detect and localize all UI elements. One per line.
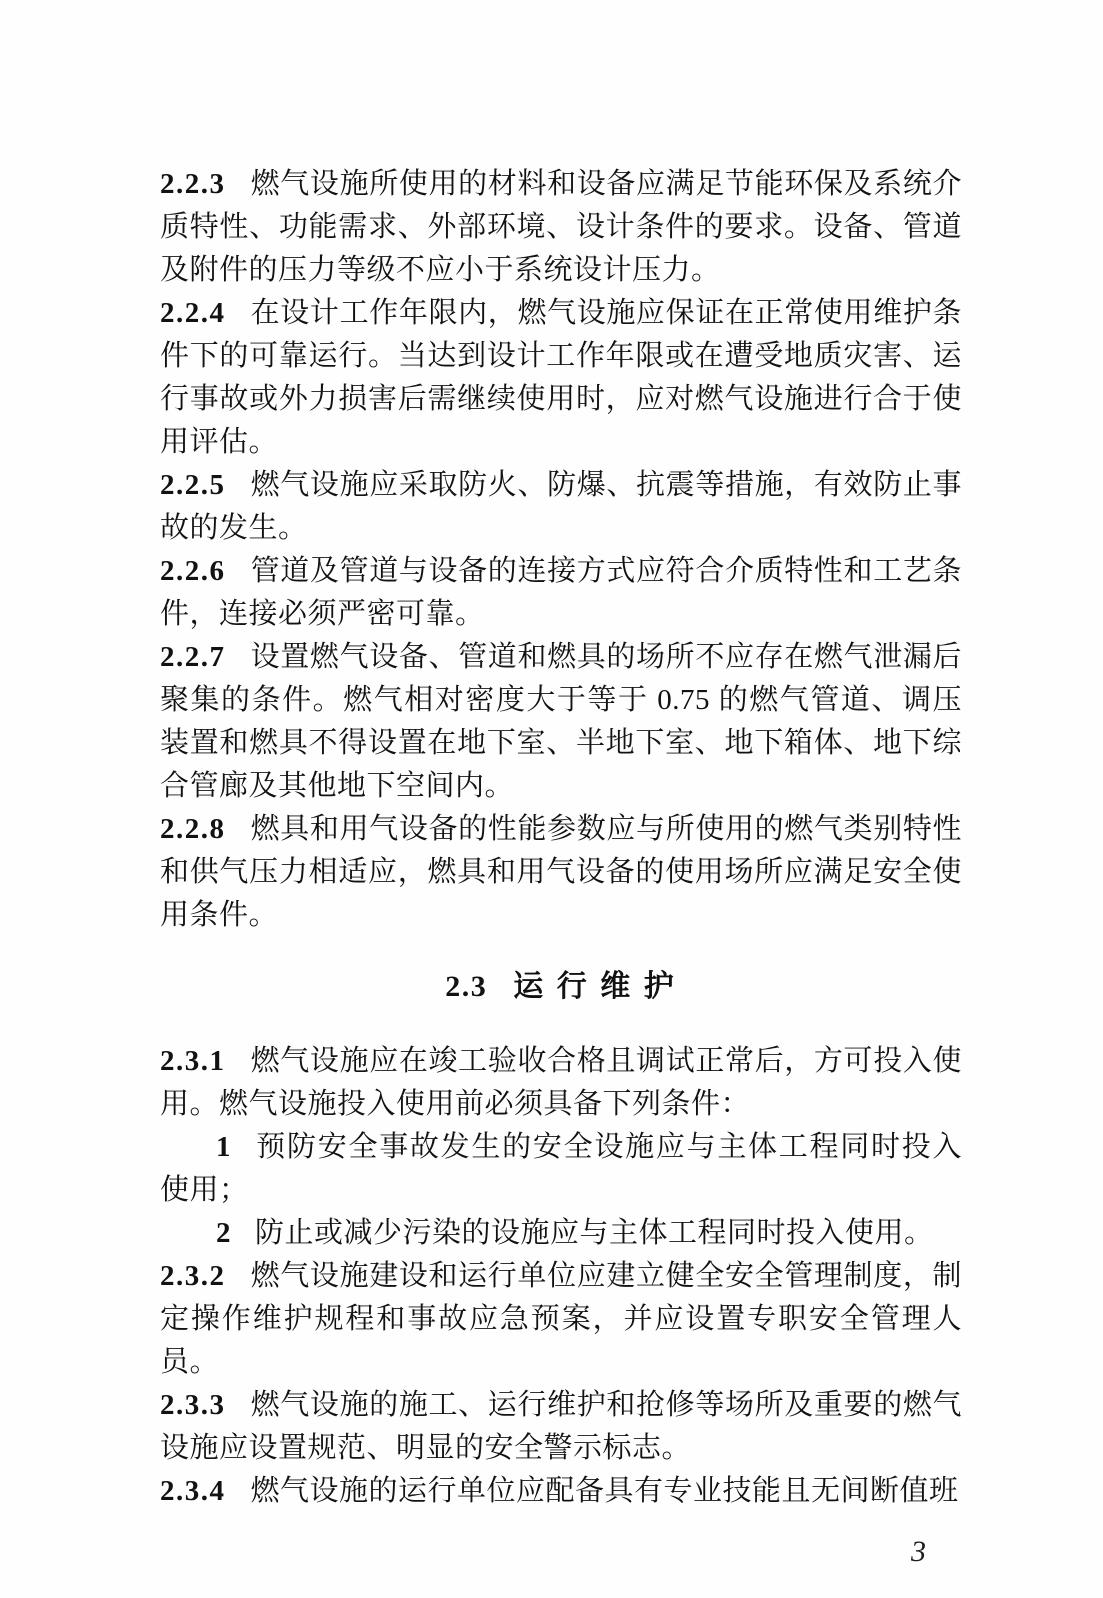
subitem-text: 防止或减少污染的设施应与主体工程同时投入使用。 [255,1217,934,1249]
clause-text: 燃具和用气设备的性能参数应与所使用的燃气类别特性和供气压力相适应，燃具和用气设备… [160,813,962,931]
section-heading-2-3: 2.3运 行 维 护 [160,965,962,1009]
subitem-number: 2 [216,1217,231,1249]
clause-2-2-6: 2.2.6管道及管道与设备的连接方式应符合介质特性和工艺条件，连接必须严密可靠。 [160,550,962,636]
clause-number: 2.2.5 [160,469,226,501]
clause-number: 2.2.4 [160,297,226,329]
clause-number: 2.3.4 [160,1475,226,1507]
clause-number: 2.3.1 [160,1045,226,1077]
page-number: 3 [160,1535,962,1569]
clause-2-2-8: 2.2.8燃具和用气设备的性能参数应与所使用的燃气类别特性和供气压力相适应，燃具… [160,808,962,937]
subitem-number: 1 [216,1131,231,1163]
clause-text: 设置燃气设备、管道和燃具的场所不应存在燃气泄漏后聚集的条件。燃气相对密度大于等于… [160,641,962,802]
clause-2-3-2: 2.3.2燃气设施建设和运行单位应建立健全安全管理制度，制定操作维护规程和事故应… [160,1255,962,1384]
clause-text: 燃气设施的运行单位应配备具有专业技能且无间断值班 [251,1475,959,1507]
clause-number: 2.2.3 [160,168,226,200]
clause-2-3-3: 2.3.3燃气设施的施工、运行维护和抢修等场所及重要的燃气设施应设置规范、明显的… [160,1384,962,1470]
clause-2-2-5: 2.2.5燃气设施应采取防火、防爆、抗震等措施，有效防止事故的发生。 [160,464,962,550]
clause-2-3-1: 2.3.1燃气设施应在竣工验收合格且调试正常后，方可投入使用。燃气设施投入使用前… [160,1040,962,1126]
clause-number: 2.3.3 [160,1389,226,1421]
clause-text: 燃气设施的施工、运行维护和抢修等场所及重要的燃气设施应设置规范、明显的安全警示标… [160,1389,962,1464]
page-content: 2.2.3燃气设施所使用的材料和设备应满足节能环保及系统介质特性、功能需求、外部… [0,0,1103,1569]
clause-text: 在设计工作年限内，燃气设施应保证在正常使用维护条件下的可靠运行。当达到设计工作年… [160,297,962,458]
clause-2-2-4: 2.2.4在设计工作年限内，燃气设施应保证在正常使用维护条件下的可靠运行。当达到… [160,292,962,464]
clause-text: 燃气设施所使用的材料和设备应满足节能环保及系统介质特性、功能需求、外部环境、设计… [160,168,962,286]
clause-text: 燃气设施应采取防火、防爆、抗震等措施，有效防止事故的发生。 [160,469,962,544]
section-heading-title: 运 行 维 护 [513,970,677,1003]
clause-2-3-4: 2.3.4燃气设施的运行单位应配备具有专业技能且无间断值班 [160,1470,962,1513]
clause-2-2-3: 2.2.3燃气设施所使用的材料和设备应满足节能环保及系统介质特性、功能需求、外部… [160,163,962,292]
clause-number: 2.2.6 [160,555,226,587]
subitem-1: 1预防安全事故发生的安全设施应与主体工程同时投入使用； [160,1126,962,1212]
clause-number: 2.2.7 [160,641,226,673]
clause-text: 管道及管道与设备的连接方式应符合介质特性和工艺条件，连接必须严密可靠。 [160,555,962,630]
subitem-text: 预防安全事故发生的安全设施应与主体工程同时投入使用； [160,1131,962,1206]
section-heading-number: 2.3 [445,970,487,1003]
document-page: 2.2.3燃气设施所使用的材料和设备应满足节能环保及系统介质特性、功能需求、外部… [0,0,1103,1598]
clause-text: 燃气设施建设和运行单位应建立健全安全管理制度，制定操作维护规程和事故应急预案，并… [160,1260,962,1378]
clause-text: 燃气设施应在竣工验收合格且调试正常后，方可投入使用。燃气设施投入使用前必须具备下… [160,1045,962,1120]
subitem-2: 2防止或减少污染的设施应与主体工程同时投入使用。 [160,1212,962,1255]
clause-number: 2.2.8 [160,813,226,845]
clause-2-2-7: 2.2.7设置燃气设备、管道和燃具的场所不应存在燃气泄漏后聚集的条件。燃气相对密… [160,636,962,808]
clause-number: 2.3.2 [160,1260,226,1292]
